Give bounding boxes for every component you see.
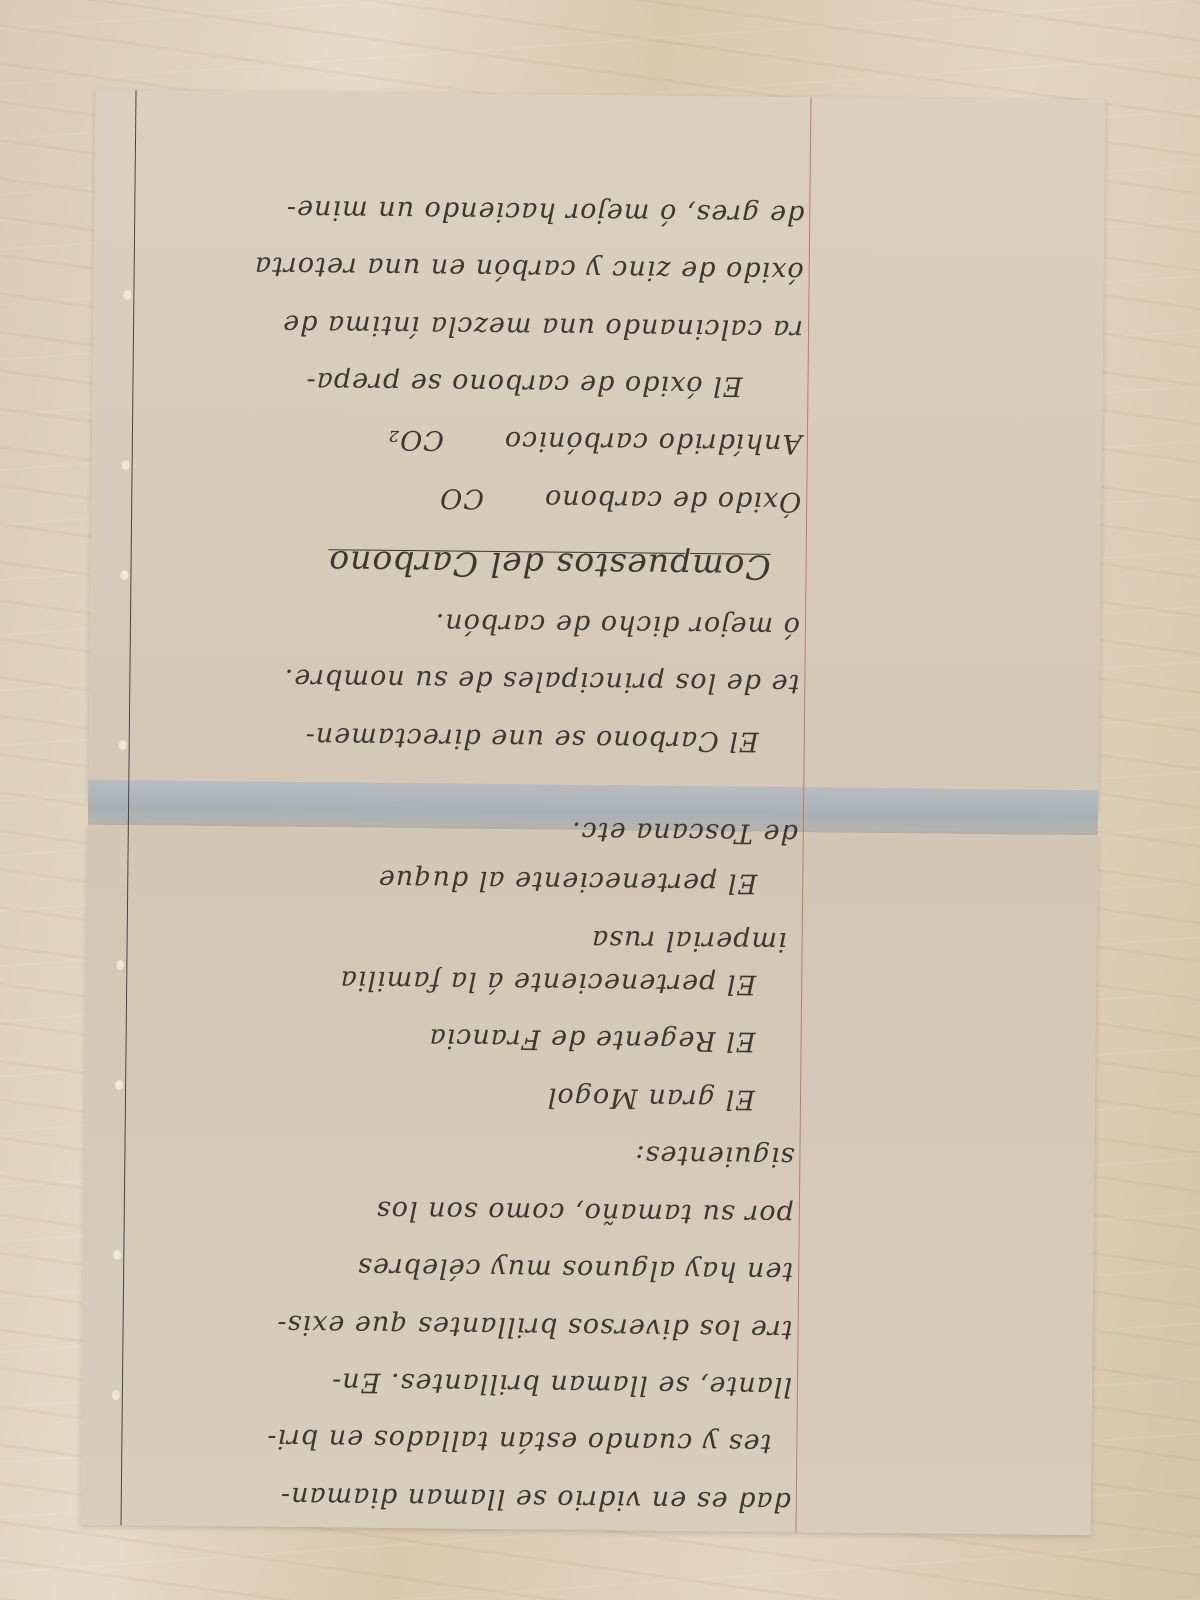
text-line: tre los diversos brillantes que exis- (142, 1307, 792, 1345)
handwritten-text: dad es en vidrio se llaman diaman- tes y… (141, 130, 805, 1517)
list-item: El Regente de Francia (105, 1019, 755, 1057)
compound-name: Óxido de carbono (544, 483, 802, 517)
compound-name: Anhídrido carbónico (504, 425, 802, 459)
text-line: ten hay algunos muy célebres (143, 1249, 793, 1287)
binding-hole (122, 460, 130, 470)
text-line: de Toscana etc. (148, 811, 798, 849)
binding-hole (113, 1250, 121, 1260)
binding-hole (123, 290, 131, 300)
section-heading: Compuestos del Carbono (120, 541, 770, 587)
text-line: óxido de zinc y carbón en una retorta (154, 249, 804, 287)
text-line: siguientes: (144, 1134, 794, 1172)
text-line: llante, se llaman brillantes. En- (142, 1364, 792, 1402)
chemical-formula: CO₂ (387, 424, 444, 456)
text-line: tes y cuando están tallados en bri- (121, 1421, 771, 1459)
list-item: El perteneciente al duque (107, 861, 757, 899)
text-line: ra calcinando una mezcla íntima de (153, 307, 803, 345)
text-line: por su tamaño, como son los (144, 1192, 794, 1230)
binding-hole (112, 1390, 120, 1400)
text-line: de gres, ó mejor haciendo un mine- (154, 192, 804, 230)
list-item: El perteneciente á la familia (106, 962, 756, 1000)
chemical-formula: CO (439, 482, 484, 513)
compound-row: Óxido de carbonoCO (151, 479, 801, 517)
compound-row: Anhídrido carbónicoCO₂ (152, 421, 802, 459)
text-line: imperial rusa (137, 919, 787, 957)
paragraph-start: El óxido de carbono se prepa- (92, 364, 742, 402)
text-line: te de los principales de su nombre. (149, 661, 799, 699)
text-line: ó mejor dicho de carbón. (150, 604, 800, 642)
notebook-sheet: dad es en vidrio se llaman diaman- tes y… (81, 90, 1106, 1535)
paragraph-start: El Carbono se une directamen- (109, 719, 759, 757)
list-item: El gran Mogol (105, 1077, 755, 1115)
